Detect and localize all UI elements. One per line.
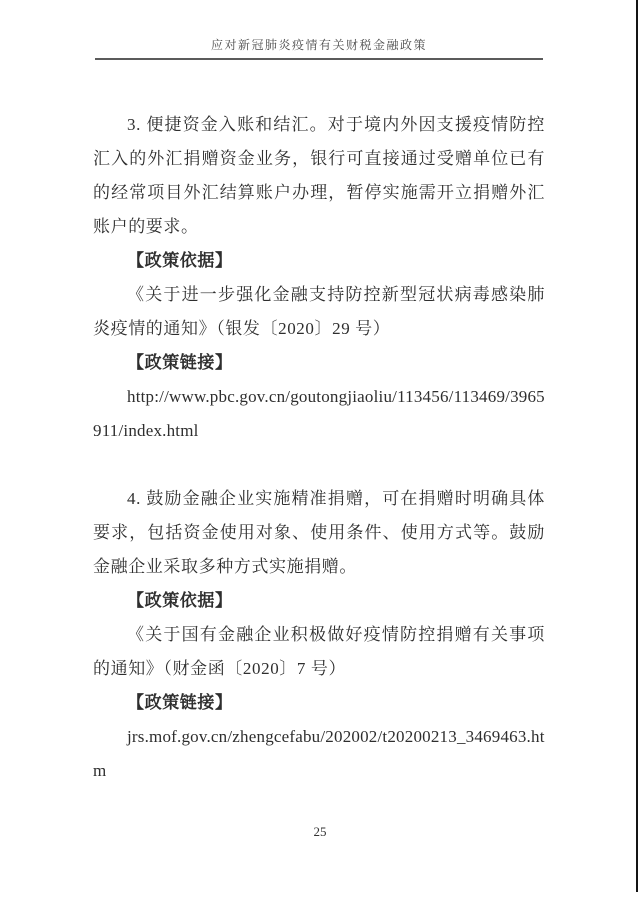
- policy-link-url: jrs.mof.gov.cn/zhengcefabu/202002/t20200…: [93, 720, 545, 788]
- policy-section-label: 【政策依据】: [93, 244, 545, 278]
- policy-paragraph: 《关于进一步强化金融支持防控新型冠状病毒感染肺炎疫情的通知》（银发〔2020〕2…: [93, 278, 545, 346]
- policy-paragraph: 《关于国有金融企业积极做好疫情防控捐赠有关事项的通知》（财金函〔2020〕7 号…: [93, 618, 545, 686]
- policy-section-label: 【政策依据】: [93, 584, 545, 618]
- document-body: 3. 便捷资金入账和结汇。对于境内外因支援疫情防控汇入的外汇捐赠资金业务，银行可…: [93, 108, 545, 788]
- scanned-document-page: 应对新冠肺炎疫情有关财税金融政策 3. 便捷资金入账和结汇。对于境内外因支援疫情…: [0, 0, 640, 902]
- policy-link-url: http://www.pbc.gov.cn/goutongjiaoliu/113…: [93, 380, 545, 448]
- header-rule: [95, 58, 543, 60]
- policy-section-label: 【政策链接】: [93, 686, 545, 720]
- policy-section: 3. 便捷资金入账和结汇。对于境内外因支援疫情防控汇入的外汇捐赠资金业务，银行可…: [93, 108, 545, 448]
- page-edge-shadow: [636, 0, 638, 892]
- policy-paragraph: 4. 鼓励金融企业实施精准捐赠，可在捐赠时明确具体要求，包括资金使用对象、使用条…: [93, 482, 545, 584]
- policy-paragraph: 3. 便捷资金入账和结汇。对于境内外因支援疫情防控汇入的外汇捐赠资金业务，银行可…: [93, 108, 545, 244]
- policy-section-label: 【政策链接】: [93, 346, 545, 380]
- running-header-title: 应对新冠肺炎疫情有关财税金融政策: [95, 36, 543, 53]
- policy-section: 4. 鼓励金融企业实施精准捐赠，可在捐赠时明确具体要求，包括资金使用对象、使用条…: [93, 482, 545, 788]
- page-number: 25: [0, 824, 640, 840]
